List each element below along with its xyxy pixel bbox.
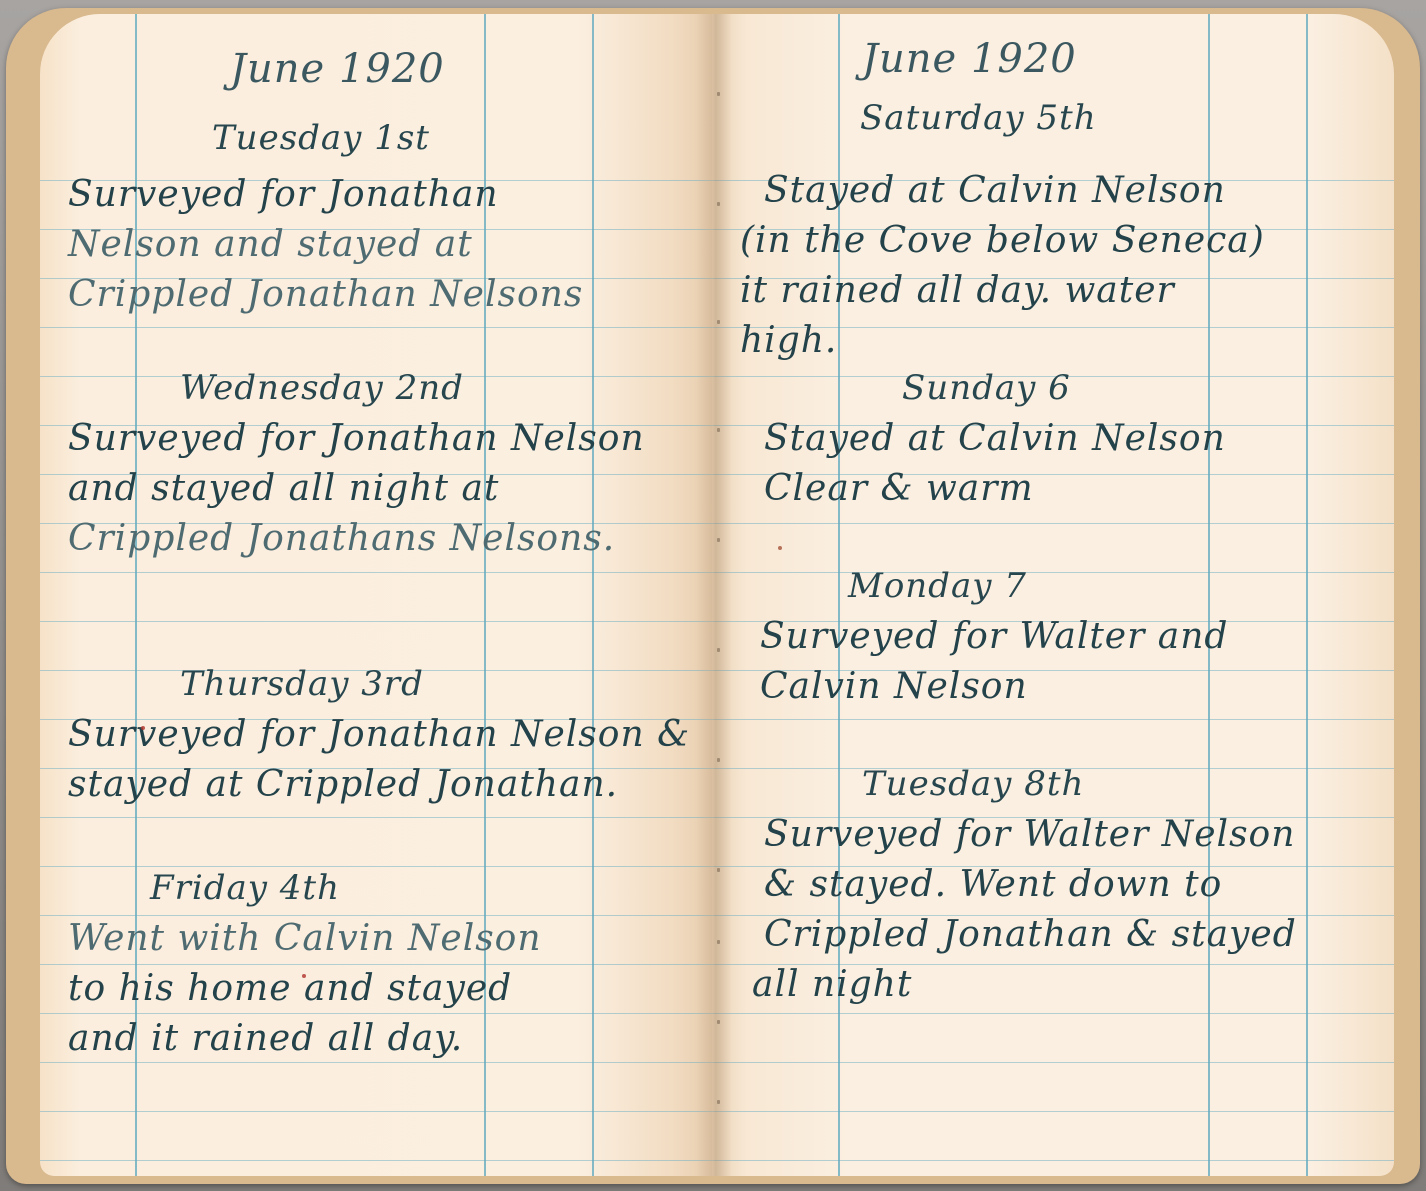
entry-line: Calvin Nelson [760, 666, 1028, 707]
binding-stitch [717, 1020, 720, 1024]
month-title: June 1920 [230, 46, 445, 92]
day-heading: Tuesday 1st [212, 118, 430, 158]
ink-speck [141, 726, 145, 730]
ruled-line [40, 964, 712, 965]
binding-stitch [717, 320, 720, 324]
ruled-line [712, 719, 1394, 720]
entry-line: high. [740, 320, 837, 361]
entry-line: stayed at Crippled Jonathan. [68, 764, 618, 805]
binding-stitch [717, 428, 720, 432]
ruled-line [712, 1111, 1394, 1112]
entry-line: it rained all day. water [740, 270, 1175, 311]
day-heading: Sunday 6 [902, 368, 1071, 408]
binding-stitch [717, 648, 720, 652]
day-heading: Tuesday 8th [862, 764, 1084, 804]
entry-line: and it rained all day. [68, 1018, 463, 1059]
ruled-line [40, 327, 712, 328]
ruled-line [712, 1013, 1394, 1014]
ruled-line [712, 523, 1394, 524]
binding-stitch [717, 1100, 720, 1104]
ink-speck [778, 546, 782, 550]
entry-line: to his home and stayed [68, 968, 512, 1009]
day-heading: Monday 7 [848, 566, 1027, 606]
ruled-line [40, 1013, 712, 1014]
entry-line: Surveyed for Walter Nelson [764, 814, 1295, 855]
entry-line: Surveyed for Jonathan Nelson & [68, 714, 690, 755]
month-title: June 1920 [862, 36, 1077, 82]
day-heading: Friday 4th [150, 868, 340, 908]
binding-stitch [717, 758, 720, 762]
notebook: June 1920 Tuesday 1st Surveyed for Jonat… [6, 8, 1420, 1184]
entry-line: Stayed at Calvin Nelson [764, 418, 1226, 459]
entry-line: Surveyed for Jonathan Nelson [68, 418, 645, 459]
entry-line: Surveyed for Walter and [760, 616, 1228, 657]
entry-line: Clear & warm [764, 468, 1034, 509]
column-rule [1306, 14, 1308, 1176]
ruled-line [40, 1111, 712, 1112]
binding-stitch [717, 868, 720, 872]
ruled-line [40, 1062, 712, 1063]
entry-line: and stayed all night at [68, 468, 499, 509]
entry-line: Surveyed for Jonathan [68, 174, 499, 215]
entry-line: (in the Cove below Seneca) [740, 220, 1265, 261]
entry-line: Crippled Jonathan & stayed [764, 914, 1297, 955]
binding-stitch [717, 92, 720, 96]
ruled-line [712, 572, 1394, 573]
entry-line: Went with Calvin Nelson [68, 918, 542, 959]
ink-speck [302, 974, 306, 978]
ruled-line [40, 817, 712, 818]
entry-line: Crippled Jonathans Nelsons. [68, 518, 615, 559]
binding-stitch [717, 538, 720, 542]
ruled-line [40, 866, 712, 867]
binding-stitch [717, 202, 720, 206]
ruled-line [40, 572, 712, 573]
binding-stitch [717, 940, 720, 944]
day-heading: Wednesday 2nd [180, 368, 464, 408]
ruled-line [40, 915, 712, 916]
entry-line: Stayed at Calvin Nelson [764, 170, 1226, 211]
entry-line: Nelson and stayed at [68, 224, 473, 265]
day-heading: Saturday 5th [860, 98, 1097, 138]
ruled-line [40, 621, 712, 622]
ruled-line [40, 1160, 712, 1161]
entry-line: all night [752, 964, 912, 1005]
right-page: June 1920 Saturday 5th Stayed at Calvin … [712, 14, 1394, 1176]
entry-line: Crippled Jonathan Nelsons [68, 274, 583, 315]
ruled-line [712, 1160, 1394, 1161]
day-heading: Thursday 3rd [180, 664, 424, 704]
ruled-line [712, 1062, 1394, 1063]
column-rule [592, 14, 594, 1176]
left-page: June 1920 Tuesday 1st Surveyed for Jonat… [40, 14, 712, 1176]
entry-line: & stayed. Went down to [764, 864, 1222, 905]
